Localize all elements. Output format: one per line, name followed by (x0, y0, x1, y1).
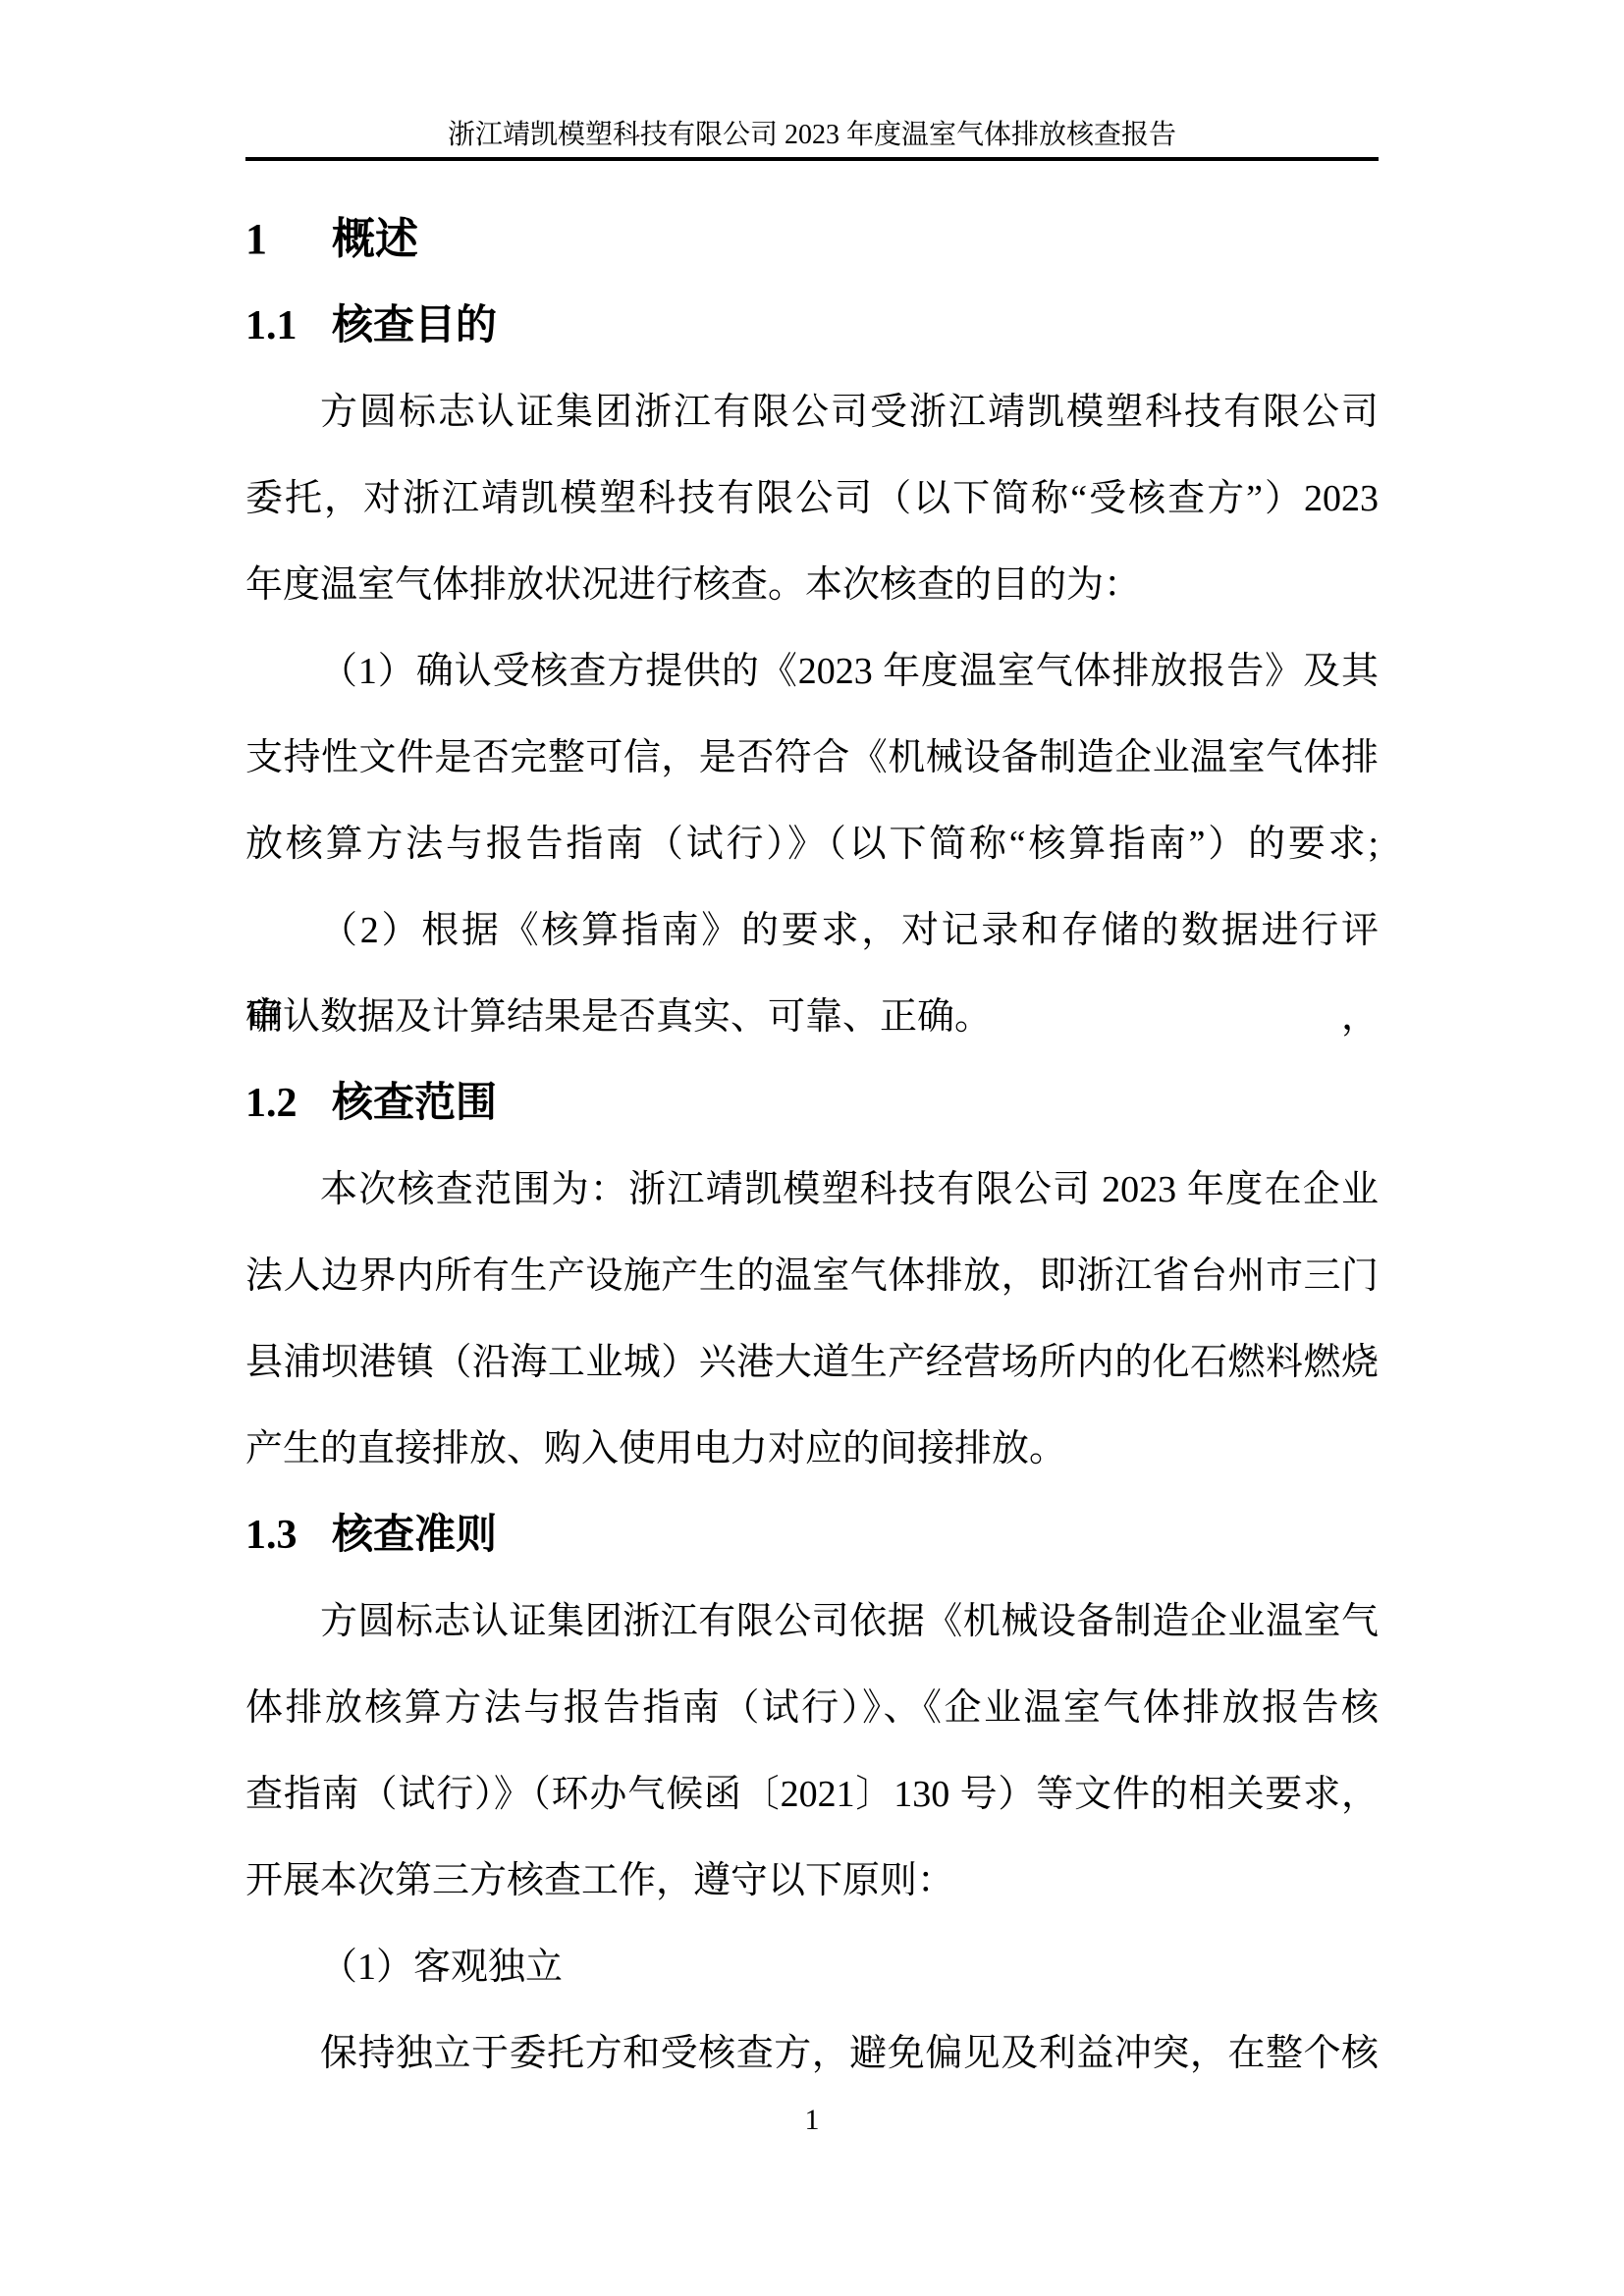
paragraph-line: 开展本次第三方核查工作，遵守以下原则： (245, 1838, 1379, 1924)
heading-title: 核查范围 (332, 1081, 497, 1126)
heading-title: 概述 (332, 215, 418, 263)
heading-number: 1.3 (245, 1492, 332, 1578)
report-page: 浙江靖凯模塑科技有限公司 2023 年度温室气体排放核查报告 1概述1.1核查目… (0, 0, 1624, 2296)
page-number: 1 (805, 2104, 820, 2136)
paragraph-line: 法人边界内所有生产设施产生的温室气体排放，即浙江省台州市三门 (245, 1233, 1379, 1319)
paragraph-line: 县浦坝港镇（沿海工业城）兴港大道生产经营场所内的化石燃料燃烧 (245, 1319, 1379, 1406)
paragraph-line: （1）确认受核查方提供的《2023 年度温室气体排放报告》及其 (245, 628, 1379, 715)
paragraph-line: 放核算方法与报告指南（试行）》（以下简称“核算指南”）的要求; (245, 801, 1379, 887)
document-body: 1概述1.1核查目的方圆标志认证集团浙江有限公司受浙江靖凯模塑科技有限公司委托，… (245, 196, 1379, 2097)
header-title: 浙江靖凯模塑科技有限公司 2023 年度温室气体排放核查报告 (245, 120, 1379, 151)
section-heading-1.3: 1.3核查准则 (245, 1492, 1379, 1578)
paragraph-line: （1）客观独立 (245, 1924, 1379, 2010)
heading-title: 核查准则 (332, 1513, 497, 1558)
paragraph-line: （2）根据《核算指南》的要求，对记录和存储的数据进行评审， (245, 887, 1379, 974)
paragraph-line: 产生的直接排放、购入使用电力对应的间接排放。 (245, 1406, 1379, 1492)
heading-number: 1.2 (245, 1060, 332, 1147)
paragraph-line: 支持性文件是否完整可信，是否符合《机械设备制造企业温室气体排 (245, 715, 1379, 801)
paragraph-line: 年度温室气体排放状况进行核查。本次核查的目的为： (245, 542, 1379, 628)
paragraph-line: 方圆标志认证集团浙江有限公司依据《机械设备制造企业温室气 (245, 1578, 1379, 1665)
page-footer: 1 (245, 2103, 1379, 2138)
paragraph-line: 方圆标志认证集团浙江有限公司受浙江靖凯模塑科技有限公司 (245, 369, 1379, 455)
paragraph-line: 查指南（试行）》（环办气候函〔2021〕130 号）等文件的相关要求， (245, 1751, 1379, 1838)
heading-number: 1.1 (245, 283, 332, 369)
paragraph-line: 委托，对浙江靖凯模塑科技有限公司（以下简称“受核查方”）2023 (245, 455, 1379, 542)
heading-number: 1 (245, 196, 332, 283)
paragraph-line: 体排放核算方法与报告指南（试行）》、《企业温室气体排放报告核 (245, 1665, 1379, 1751)
page-header: 浙江靖凯模塑科技有限公司 2023 年度温室气体排放核查报告 (245, 0, 1379, 161)
paragraph-line: 保持独立于委托方和受核查方，避免偏见及利益冲突，在整个核 (245, 2010, 1379, 2097)
section-heading-1.2: 1.2核查范围 (245, 1060, 1379, 1147)
section-heading-1.1: 1.1核查目的 (245, 283, 1379, 369)
heading-title: 核查目的 (332, 303, 497, 348)
paragraph-line: 本次核查范围为：浙江靖凯模塑科技有限公司 2023 年度在企业 (245, 1147, 1379, 1233)
section-heading-1: 1概述 (245, 196, 1379, 283)
